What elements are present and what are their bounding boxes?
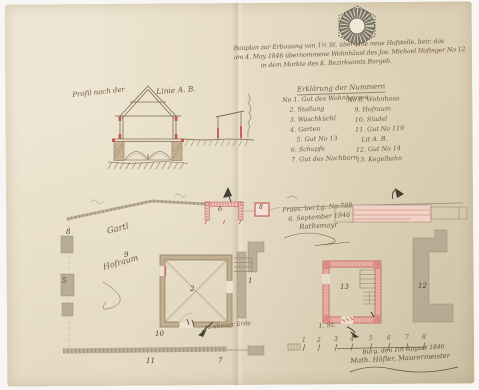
plot-boundary-left: [61, 236, 74, 316]
room-number-13: 13: [340, 283, 349, 291]
lean-to-structure: [216, 111, 244, 139]
neighbor-building-wash: [413, 230, 453, 322]
tree-sketch: [248, 94, 251, 138]
plan-number-8b: 8: [259, 204, 263, 211]
main-building-plan: [160, 255, 233, 328]
plan-number-8: 8: [66, 228, 70, 236]
interior-stairs: [360, 270, 376, 304]
legend-item: 13. Kegelbahn: [349, 154, 405, 166]
floor-note: 1. St.: [318, 320, 336, 329]
plan-number-12: 12: [418, 282, 427, 290]
scale-tick-label: 8: [422, 334, 426, 341]
plan-number-10: 10: [155, 330, 164, 338]
upper-floor-plan-drawing: [283, 186, 473, 351]
foundation-hatch: [108, 162, 188, 169]
scanned-plan-document: Bauplan zur Erbauung von 1½ St. über ein…: [0, 0, 479, 390]
north-arrow-icon: [223, 187, 235, 204]
plot-boundary-bottom: [63, 346, 264, 355]
scale-tick-label: 1: [302, 337, 306, 344]
plan-number-1: 1: [248, 277, 252, 285]
boundary-top-right: [287, 196, 467, 222]
scale-tick-label: 7: [405, 334, 409, 341]
plan-number-7: 7: [218, 357, 222, 365]
direction-arrow-top: [392, 188, 404, 199]
section-cellar: [114, 142, 182, 161]
scale-tick-label: 6: [387, 335, 391, 342]
signature-flourish: [348, 364, 462, 378]
legend-right-column: No 8. Wohnhaus 9. Hofraum 10. Stadel 11.…: [347, 94, 405, 166]
scale-tick-label: 5: [369, 335, 373, 342]
scale-tick-label: 2: [317, 337, 321, 344]
scale-tick-label: 4: [350, 336, 354, 343]
ground-line-right: [183, 139, 254, 146]
plan-number-2: 2: [190, 285, 194, 293]
red-shed-structure: [205, 202, 243, 224]
handwriting-flourish: [103, 282, 120, 309]
scale-tick-label: 3: [334, 336, 338, 343]
plan-number-5: 5: [62, 277, 66, 285]
plan-number-11: 11: [146, 357, 155, 365]
plan-number-6: 6: [218, 205, 222, 213]
red-room-plan: [323, 261, 382, 324]
